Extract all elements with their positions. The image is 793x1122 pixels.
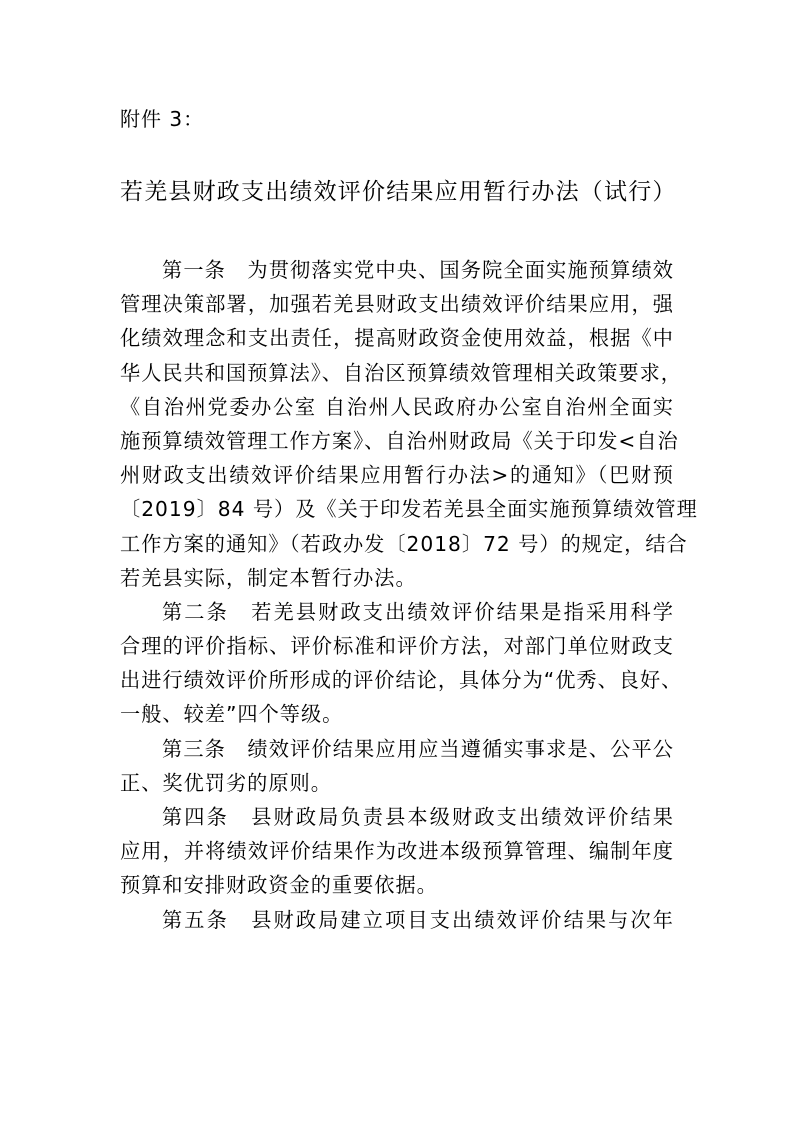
- document-title: 若羌县财政支出绩效评价结果应用暂行办法（试行）: [120, 176, 680, 208]
- paragraph-line: 华人民共和国预算法》、自治区预算绩效管理相关政策要求，: [120, 356, 674, 390]
- document-page: 附件 3： 若羌县财政支出绩效评价结果应用暂行办法（试行） 第一条 为贯彻落实党…: [0, 0, 793, 1122]
- paragraph-line: 化绩效理念和支出责任，提高财政资金使用效益，根据《中: [120, 321, 674, 355]
- paragraph-line: 第五条 县财政局建立项目支出绩效评价结果与次年: [120, 903, 674, 937]
- paragraph-line: 正、奖优罚劣的原则。: [120, 766, 674, 800]
- paragraph-line: 州财政支出绩效评价结果应用暂行办法>的通知》（巴财预: [120, 458, 674, 492]
- paragraph-line: 应用，并将绩效评价结果作为改进本级预算管理、编制年度: [120, 834, 674, 868]
- paragraph-line: 施预算绩效管理工作方案》、自治州财政局《关于印发<自治: [120, 424, 674, 458]
- paragraph-line: 管理决策部署，加强若羌县财政支出绩效评价结果应用，强: [120, 287, 674, 321]
- attachment-label: 附件 3：: [120, 105, 204, 133]
- paragraph-line: 工作方案的通知》（若政办发〔2018〕72 号）的规定，结合: [120, 527, 674, 561]
- paragraph-line: 〔2019〕84 号）及《关于印发若羌县全面实施预算绩效管理: [120, 492, 674, 526]
- paragraph-line: 第二条 若羌县财政支出绩效评价结果是指采用科学: [120, 595, 674, 629]
- paragraph-line: 一般、较差”四个等级。: [120, 697, 674, 731]
- paragraph-line: 预算和安排财政资金的重要依据。: [120, 868, 674, 902]
- paragraph-line: 第四条 县财政局负责县本级财政支出绩效评价结果: [120, 800, 674, 834]
- paragraph-line: 出进行绩效评价所形成的评价结论，具体分为“优秀、良好、: [120, 663, 674, 697]
- document-body: 第一条 为贯彻落实党中央、国务院全面实施预算绩效管理决策部署，加强若羌县财政支出…: [120, 253, 674, 937]
- paragraph-line: 第三条 绩效评价结果应用应当遵循实事求是、公平公: [120, 732, 674, 766]
- paragraph-line: 《自治州党委办公室 自治州人民政府办公室自治州全面实: [120, 390, 674, 424]
- paragraph-line: 合理的评价指标、评价标准和评价方法，对部门单位财政支: [120, 629, 674, 663]
- paragraph-line: 第一条 为贯彻落实党中央、国务院全面实施预算绩效: [120, 253, 674, 287]
- paragraph-line: 若羌县实际，制定本暂行办法。: [120, 561, 674, 595]
